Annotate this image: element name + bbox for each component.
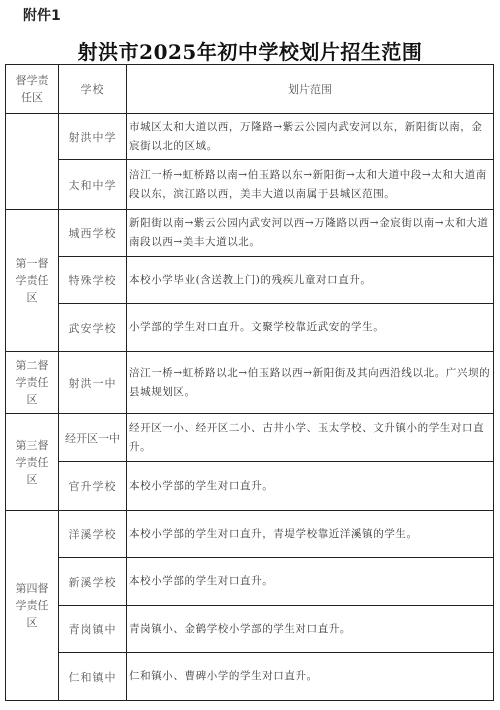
district-cell: 第四督学责任区 — [6, 511, 59, 701]
table-row: 青岗镇中 青岗镇小、金鹤学校小学部的学生对口直升。 — [6, 606, 494, 653]
table-row: 太和中学 涪江一桥→虹桥路以南→伯玉路以东→新阳街→太和大道中段→太和大道南段以… — [6, 160, 494, 210]
school-cell: 仁和镇中 — [59, 653, 127, 701]
table-row: 特殊学校 本校小学毕业(含送教上门)的残疾儿童对口直升。 — [6, 257, 494, 304]
school-cell: 武安学校 — [59, 304, 127, 352]
header-range: 划片范围 — [127, 65, 494, 114]
district-cell: 第二督学责任区 — [6, 352, 59, 414]
table-row: 官升学校 本校小学部的学生对口直升。 — [6, 462, 494, 511]
range-cell: 新阳街以南→紫云公园内武安河以西→万隆路以西→金宸街以南→太和大道南段以西→美丰… — [127, 210, 494, 257]
range-cell: 涪江一桥→虹桥路以南→伯玉路以东→新阳街→太和大道中段→太和大道南段以东，滨江路… — [127, 160, 494, 210]
table-row: 第三督学责任区 经开区一中 经开区一小、经开区二小、古井小学、玉太学校、文升镇小… — [6, 414, 494, 462]
range-cell: 本校小学毕业(含送教上门)的残疾儿童对口直升。 — [127, 257, 494, 304]
district-cell: 第一督学责任区 — [6, 210, 59, 352]
enrollment-zone-table: 督学责任区 学校 划片范围 射洪中学 市城区太和大道以西，万隆路→紫云公园内武安… — [5, 64, 494, 701]
district-cell: 第三督学责任区 — [6, 414, 59, 511]
range-cell: 仁和镇小、曹碑小学的学生对口直升。 — [127, 653, 494, 701]
range-cell: 本校小学部的学生对口直升，青堤学校靠近洋溪镇的学生。 — [127, 511, 494, 558]
school-cell: 新溪学校 — [59, 558, 127, 606]
header-school: 学校 — [59, 65, 127, 114]
school-cell: 射洪一中 — [59, 352, 127, 414]
attachment-label: 附件1 — [23, 5, 61, 25]
range-cell: 本校小学部的学生对口直升。 — [127, 462, 494, 511]
school-cell: 特殊学校 — [59, 257, 127, 304]
school-cell: 经开区一中 — [59, 414, 127, 462]
school-cell: 太和中学 — [59, 160, 127, 210]
table-row: 第一督学责任区 城西学校 新阳街以南→紫云公园内武安河以西→万隆路以西→金宸街以… — [6, 210, 494, 257]
table-row: 第四督学责任区 洋溪学校 本校小学部的学生对口直升，青堤学校靠近洋溪镇的学生。 — [6, 511, 494, 558]
table-row: 新溪学校 本校小学部的学生对口直升。 — [6, 558, 494, 606]
school-cell: 青岗镇中 — [59, 606, 127, 653]
document-title: 射洪市2025年初中学校划片招生范围 — [0, 36, 500, 65]
range-cell: 青岗镇小、金鹤学校小学部的学生对口直升。 — [127, 606, 494, 653]
table-row: 仁和镇中 仁和镇小、曹碑小学的学生对口直升。 — [6, 653, 494, 701]
district-cell — [6, 114, 59, 210]
range-cell: 经开区一小、经开区二小、古井小学、玉太学校、文升镇小的学生对口直升。 — [127, 414, 494, 462]
table-row: 第二督学责任区 射洪一中 涪江一桥→虹桥路以北→伯玉路以西→新阳街及其向西沿线以… — [6, 352, 494, 414]
range-cell: 市城区太和大道以西，万隆路→紫云公园内武安河以东，新阳街以南，金宸街以北的区域。 — [127, 114, 494, 160]
header-district: 督学责任区 — [6, 65, 59, 114]
table-row: 射洪中学 市城区太和大道以西，万隆路→紫云公园内武安河以东，新阳街以南，金宸街以… — [6, 114, 494, 160]
range-cell: 小学部的学生对口直升。文聚学校靠近武安的学生。 — [127, 304, 494, 352]
school-cell: 官升学校 — [59, 462, 127, 511]
school-cell: 城西学校 — [59, 210, 127, 257]
range-cell: 本校小学部的学生对口直升。 — [127, 558, 494, 606]
school-cell: 射洪中学 — [59, 114, 127, 160]
school-cell: 洋溪学校 — [59, 511, 127, 558]
range-cell: 涪江一桥→虹桥路以北→伯玉路以西→新阳街及其向西沿线以北。广兴坝的县城规划区。 — [127, 352, 494, 414]
table-header-row: 督学责任区 学校 划片范围 — [6, 65, 494, 114]
table-body: 射洪中学 市城区太和大道以西，万隆路→紫云公园内武安河以东，新阳街以南，金宸街以… — [6, 114, 494, 701]
table-row: 武安学校 小学部的学生对口直升。文聚学校靠近武安的学生。 — [6, 304, 494, 352]
